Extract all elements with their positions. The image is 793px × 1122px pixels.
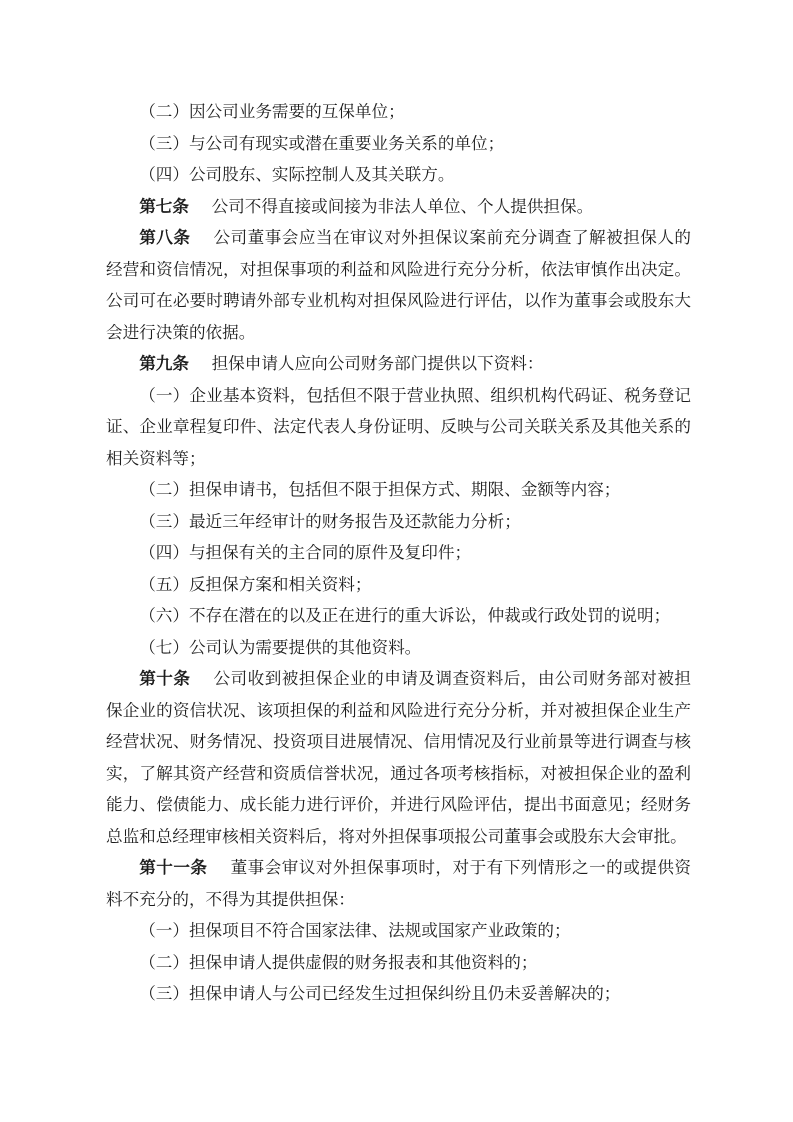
clause-text: （一）担保项目不符合国家法律、法规或国家产业政策的； — [139, 921, 570, 940]
article-number-label: 第十条 — [139, 669, 207, 688]
clause-item: （四）公司股东、实际控制人及其关联方。 — [106, 159, 691, 191]
document-body: （二）因公司业务需要的互保单位； （三）与公司有现实或潜在重要业务关系的单位； … — [0, 0, 793, 1010]
article-text: 公司收到被担保企业的申请及调查资料后，由公司财务部对被担保企业的资信状况、该项担… — [106, 669, 691, 846]
clause-text: （四）公司股东、实际控制人及其关联方。 — [139, 165, 454, 184]
clause-item: （三）担保申请人与公司已经发生过担保纠纷且仍未妥善解决的； — [106, 978, 691, 1010]
clause-text: （一）企业基本资料，包括但不限于营业执照、组织机构代码证、税务登记证、企业章程复… — [106, 386, 691, 468]
clause-text: （三）最近三年经审计的财务报告及还款能力分析； — [139, 512, 521, 531]
article-number-label: 第七条 — [139, 197, 205, 216]
article-paragraph-9: 第九条担保申请人应向公司财务部门提供以下资料： — [106, 348, 691, 380]
clause-item: （一）担保项目不符合国家法律、法规或国家产业政策的； — [106, 915, 691, 947]
clause-text: （七）公司认为需要提供的其他资料。 — [139, 638, 421, 657]
clause-item: （二）因公司业务需要的互保单位； — [106, 96, 691, 128]
clause-item: （四）与担保有关的主合同的原件及复印件； — [106, 537, 691, 569]
article-paragraph-11: 第十一条董事会审议对外担保事项时，对于有下列情形之一的或提供资料不充分的，不得为… — [106, 852, 691, 915]
clause-text: （三）与公司有现实或潜在重要业务关系的单位； — [139, 134, 504, 153]
article-text: 公司不得直接或间接为非法人单位、个人提供担保。 — [212, 197, 594, 216]
clause-item: （二）担保申请书，包括但不限于担保方式、期限、金额等内容； — [106, 474, 691, 506]
article-paragraph-8: 第八条公司董事会应当在审议对外担保议案前充分调查了解被担保人的经营和资信情况，对… — [106, 222, 691, 348]
article-paragraph-10: 第十条公司收到被担保企业的申请及调查资料后，由公司财务部对被担保企业的资信状况、… — [106, 663, 691, 852]
clause-text: （三）担保申请人与公司已经发生过担保纠纷且仍未妥善解决的； — [139, 984, 620, 1003]
article-number-label: 第九条 — [139, 354, 205, 373]
clause-item: （二）担保申请人提供虚假的财务报表和其他资料的； — [106, 947, 691, 979]
clause-item: （一）企业基本资料，包括但不限于营业执照、组织机构代码证、税务登记证、企业章程复… — [106, 380, 691, 475]
article-number-label: 第八条 — [139, 228, 207, 247]
clause-item: （三）与公司有现实或潜在重要业务关系的单位； — [106, 128, 691, 160]
clause-item: （三）最近三年经审计的财务报告及还款能力分析； — [106, 506, 691, 538]
clause-text: （六）不存在潜在的以及正在进行的重大诉讼，仲裁或行政处罚的说明； — [139, 606, 670, 625]
clause-text: （二）担保申请人提供虚假的财务报表和其他资料的； — [139, 953, 537, 972]
clause-item: （五）反担保方案和相关资料； — [106, 569, 691, 601]
article-text: 担保申请人应向公司财务部门提供以下资料： — [212, 354, 544, 373]
clause-item: （七）公司认为需要提供的其他资料。 — [106, 632, 691, 664]
document-page: （二）因公司业务需要的互保单位； （三）与公司有现实或潜在重要业务关系的单位； … — [0, 0, 793, 1122]
clause-text: （四）与担保有关的主合同的原件及复印件； — [139, 543, 471, 562]
clause-text: （二）担保申请书，包括但不限于担保方式、期限、金额等内容； — [139, 480, 620, 499]
clause-text: （五）反担保方案和相关资料； — [139, 575, 371, 594]
article-paragraph-7: 第七条公司不得直接或间接为非法人单位、个人提供担保。 — [106, 191, 691, 223]
clause-item: （六）不存在潜在的以及正在进行的重大诉讼，仲裁或行政处罚的说明； — [106, 600, 691, 632]
clause-text: （二）因公司业务需要的互保单位； — [139, 102, 405, 121]
article-number-label: 第十一条 — [139, 858, 224, 877]
